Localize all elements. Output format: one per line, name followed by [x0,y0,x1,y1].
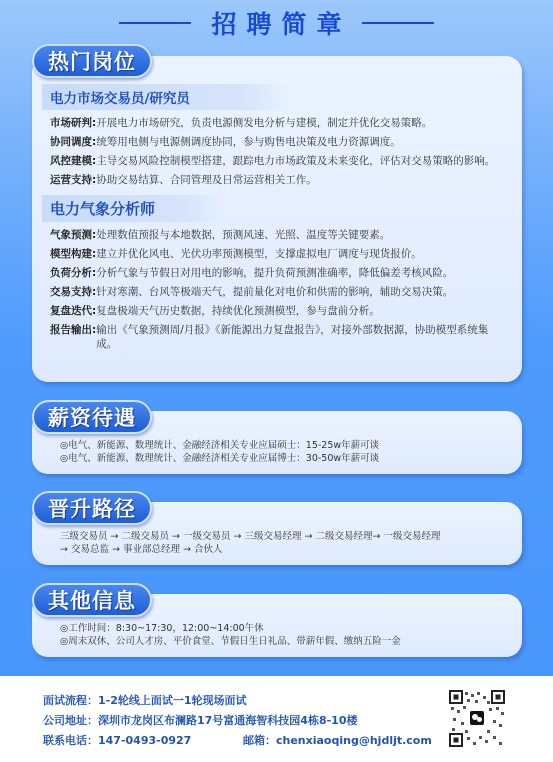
duty-row: 模型构建:建立并优化风电、光伏功率预测模型，支撑虚拟电厂调度与现货报价。 [32,247,522,261]
interview-process: 面试流程：1-2轮线上面试一1轮现场面试 [43,692,247,708]
promotion-path: 三级交易员 → 二级交易员 → 一级交易员 → 三级交易经理 → 二级交易经理→… [32,530,522,543]
duty-row: 运营支持:协助交易结算、合同管理及日常运营相关工作。 [32,173,522,187]
qr-code-icon [449,690,505,747]
duty-row: 气象预测:处理数值预报与本地数据，预测风速、光照、温度等关键要素。 [32,228,522,242]
duty-row: 市场研判:开展电力市场研究，负责电源侧发电分析与建模，制定并优化交易策略。 [32,116,522,130]
salary-item: ◎电气、新能源、数理统计、金融经济相关专业应届博士：30-50w年薪可谈 [32,452,522,465]
duty-row: 报告输出:输出《气象预测周/月报》《新能源出力复盘报告》，对接外部数据源，协助模… [32,323,522,351]
page-header: 招聘简章 [0,8,553,38]
hot-jobs-card: 电力市场交易员/研究员 市场研判:开展电力市场研究，负责电源侧发电分析与建模，制… [32,56,522,382]
other-item: ◎周末双休、公司人才房、平价食堂、节假日生日礼品、带薪年假、缴纳五险一金 [32,635,522,648]
duty-row: 复盘迭代:复盘极端天气历史数据，持续优化预测模型，参与盘前分析。 [32,304,522,318]
company-address: 公司地址：深圳市龙岗区布澜路17号富通海智科技园4栋8-10楼 [43,712,358,728]
section-badge-other: 其他信息 [32,583,152,617]
duty-row: 协同调度:统筹用电侧与电源侧调度协同，参与购售电决策及电力资源调度。 [32,135,522,149]
contact-phone: 联系电话：147-0493-0927 [43,732,191,748]
duty-row: 交易支持:针对寒潮、台风等极端天气，提前量化对电价和供需的影响，辅助交易决策。 [32,285,522,299]
other-item: ◎工作时间：8:30~17:30，12:00~14:00午休 [32,622,522,635]
salary-item: ◎电气、新能源、数理统计、金融经济相关专业应届硕士：15-25w年薪可谈 [32,439,522,452]
page-title: 招聘简章 [201,5,351,41]
duty-row: 风控建模:主导交易风险控制模型搭建，跟踪电力市场政策及未来变化，评估对交易策略的… [32,154,522,168]
section-badge-promotion: 晋升路径 [32,491,152,525]
contact-footer: 面试流程：1-2轮线上面试一1轮现场面试 公司地址：深圳市龙岗区布澜路17号富通… [0,676,553,762]
job-title: 电力市场交易员/研究员 [42,84,292,110]
section-badge-salary: 薪资待遇 [32,400,152,434]
title-divider-right [362,22,434,24]
promotion-path: → 交易总监 → 事业部总经理 → 合伙人 [32,543,522,556]
job-title: 电力气象分析师 [42,195,222,222]
section-badge-hot-jobs: 热门岗位 [32,44,152,78]
contact-email[interactable]: 邮箱：chenxiaoqing@hjdljt.com [243,732,432,748]
title-divider-left [119,22,191,24]
duty-row: 负荷分析:分析气象与节假日对用电的影响，提升负荷预测准确率，降低偏差考核风险。 [32,266,522,280]
